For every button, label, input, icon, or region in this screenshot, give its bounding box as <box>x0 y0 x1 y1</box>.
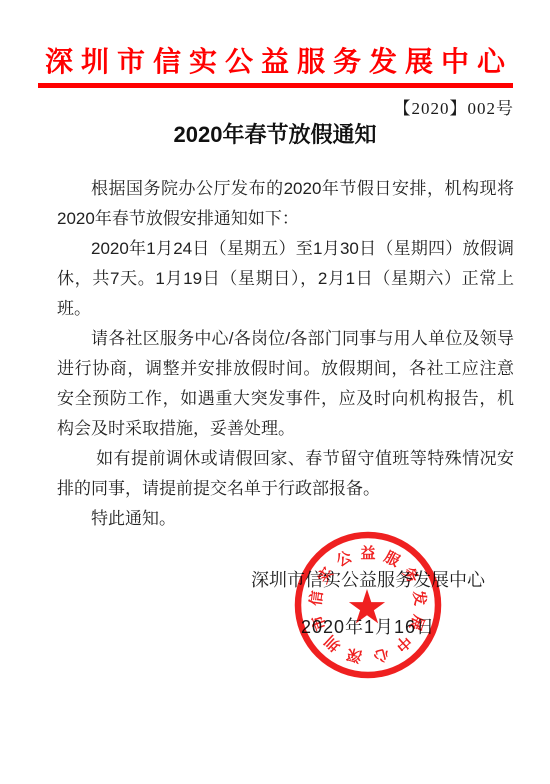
seal-char: 市 <box>308 613 330 633</box>
seal-char: 公 <box>334 548 356 570</box>
body-paragraph: 请各社区服务中心/各岗位/各部门同事与用人单位及领导进行协商，调整并安排放假时间… <box>57 324 514 444</box>
seal-char: 心 <box>371 645 391 667</box>
seal-char: 展 <box>406 613 427 633</box>
seal-char: 信 <box>307 590 327 607</box>
notice-body: 根据国务院办公厅发布的2020年节假日安排，机构现将2020年春节放假安排通知如… <box>57 174 514 534</box>
document-page: 深圳市信实公益服务发展中心 【2020】002号 2020年春节放假通知 根据国… <box>0 0 550 784</box>
seal-char: 发 <box>410 589 430 607</box>
doc-number: 【2020】002号 <box>394 94 515 119</box>
seal-char: 务 <box>399 564 422 587</box>
body-paragraph: 如有提前调休或请假回家、春节留守值班等特殊情况安排的同事，请提前提交名单于行政部… <box>57 444 514 504</box>
org-name-header: 深圳市信实公益服务发展中心 <box>0 40 550 80</box>
seal-char: 圳 <box>322 632 345 655</box>
seal-char: 深 <box>345 645 364 666</box>
body-paragraph: 2020年1月24日（星期五）至1月30日（星期四）放假调休，共7天。1月19日… <box>57 234 514 324</box>
notice-title: 2020年春节放假通知 <box>0 118 550 149</box>
seal-char: 中 <box>392 632 415 655</box>
seal-star <box>349 589 385 623</box>
header-rule <box>38 83 513 88</box>
seal-char: 益 <box>360 544 375 562</box>
official-seal: 深 圳 市 信 实 公 益 服 务 发 展 中 心 <box>283 520 453 690</box>
seal-char: 实 <box>314 564 337 587</box>
seal-char: 服 <box>381 547 404 570</box>
body-paragraph: 根据国务院办公厅发布的2020年节假日安排，机构现将2020年春节放假安排通知如… <box>57 174 514 234</box>
